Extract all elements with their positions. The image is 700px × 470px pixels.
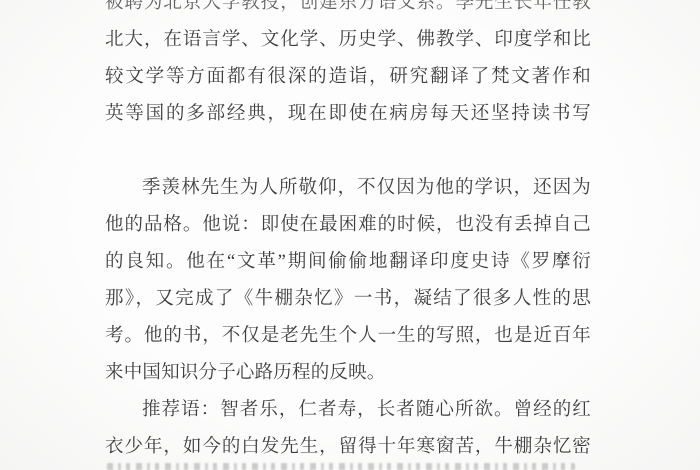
- clipped-bottom-text-line: [107, 463, 575, 470]
- text-line: 较文学等方面都有很深的造诣，研究翻译了梵文著作和德、: [105, 59, 591, 96]
- text-line: 推荐语：智者乐，仁者寿，长者随心所欲。曾经的红: [105, 392, 591, 429]
- text-line: 衣少年，如今的白发先生，留得十年寒窗苦，牛棚杂忆密: [105, 429, 591, 466]
- text-line: 北大，在语言学、文化学、历史学、佛教学、印度学和比: [105, 22, 591, 59]
- text-line: 被聘为北京大学教授，创建东方语文系。季先生长年任教: [105, 0, 591, 22]
- text-line: 那》，又完成了《牛棚杂忆》一书，凝结了很多人性的思: [105, 281, 591, 318]
- text-line: 他的品格。他说：即使在最困难的时候，也没有丢掉自己: [105, 207, 591, 244]
- paragraph-spacer: [105, 133, 591, 170]
- text-line: 考。他的书，不仅是老先生个人一生的写照，也是近百年: [105, 318, 591, 355]
- text-line: 来中国知识分子心路历程的反映。: [105, 355, 591, 392]
- text-line: 季羡林先生为人所敬仰，不仅因为他的学识，还因为: [105, 170, 591, 207]
- text-block: 被聘为北京大学教授，创建东方语文系。季先生长年任教 北大，在语言学、文化学、历史…: [105, 0, 591, 466]
- text-line: 的良知。他在“文革”期间偷偷地翻译印度史诗《罗摩衍: [105, 244, 591, 281]
- scanned-page: 被聘为北京大学教授，创建东方语文系。季先生长年任教 北大，在语言学、文化学、历史…: [0, 0, 700, 470]
- text-line: 英等国的多部经典，现在即使在病房每天还坚持读书写作。: [105, 96, 591, 133]
